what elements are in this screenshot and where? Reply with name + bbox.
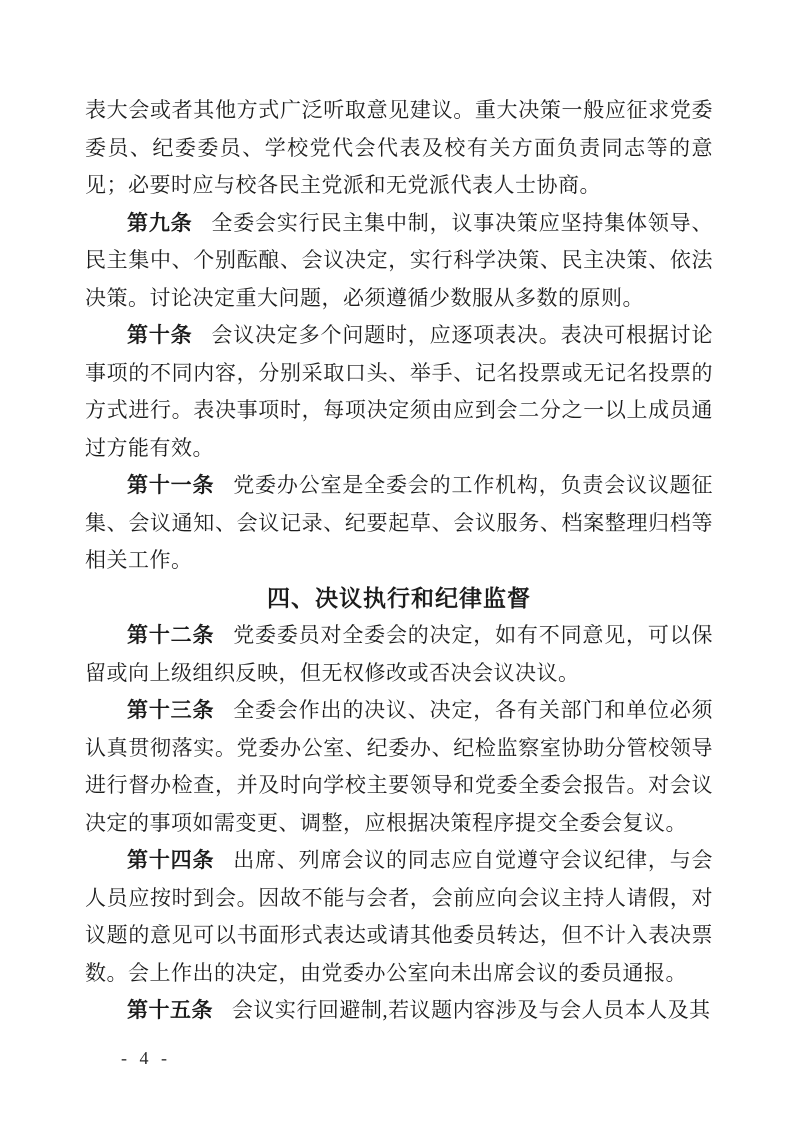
article-number: 第十五条 (127, 998, 213, 1022)
article-number: 第十三条 (127, 698, 214, 722)
paragraph-text: 表大会或者其他方式广泛听取意见建议。重大决策一般应征求党委委员、纪委委员、学校党… (85, 98, 713, 197)
page-number: - 4 - (121, 1048, 171, 1069)
article-paragraph-9: 第九条全委会实行民主集中制，议事决策应坚持集体领导、民主集中、个别酝酿、会议决定… (85, 205, 713, 318)
article-number: 第九条 (127, 211, 192, 235)
article-number: 第十条 (127, 323, 192, 347)
article-paragraph-14: 第十四条出席、列席会议的同志应自觉遵守会议纪律，与会人员应按时到会。因故不能与会… (85, 842, 713, 992)
document-body: 表大会或者其他方式广泛听取意见建议。重大决策一般应征求党委委员、纪委委员、学校党… (85, 92, 713, 1030)
article-paragraph-10: 第十条会议决定多个问题时，应逐项表决。表决可根据讨论事项的不同内容，分别采取口头… (85, 317, 713, 467)
article-number: 第十二条 (127, 623, 214, 647)
article-paragraph-15: 第十五条会议实行回避制,若议题内容涉及与会人员本人及其 (85, 992, 713, 1030)
document-page: 表大会或者其他方式广泛听取意见建议。重大决策一般应征求党委委员、纪委委员、学校党… (0, 0, 793, 1122)
article-number: 第十四条 (127, 848, 214, 872)
intro-continuation-paragraph: 表大会或者其他方式广泛听取意见建议。重大决策一般应征求党委委员、纪委委员、学校党… (85, 92, 713, 205)
article-paragraph-11: 第十一条党委办公室是全委会的工作机构，负责会议议题征集、会议通知、会议记录、纪要… (85, 467, 713, 580)
section-heading: 四、决议执行和纪律监督 (85, 580, 713, 618)
article-number: 第十一条 (127, 473, 214, 497)
article-text: 会议实行回避制,若议题内容涉及与会人员本人及其 (232, 998, 711, 1022)
article-paragraph-13: 第十三条全委会作出的决议、决定，各有关部门和单位必须认真贯彻落实。党委办公室、纪… (85, 692, 713, 842)
article-paragraph-12: 第十二条党委委员对全委会的决定，如有不同意见，可以保留或向上级组织反映，但无权修… (85, 617, 713, 692)
